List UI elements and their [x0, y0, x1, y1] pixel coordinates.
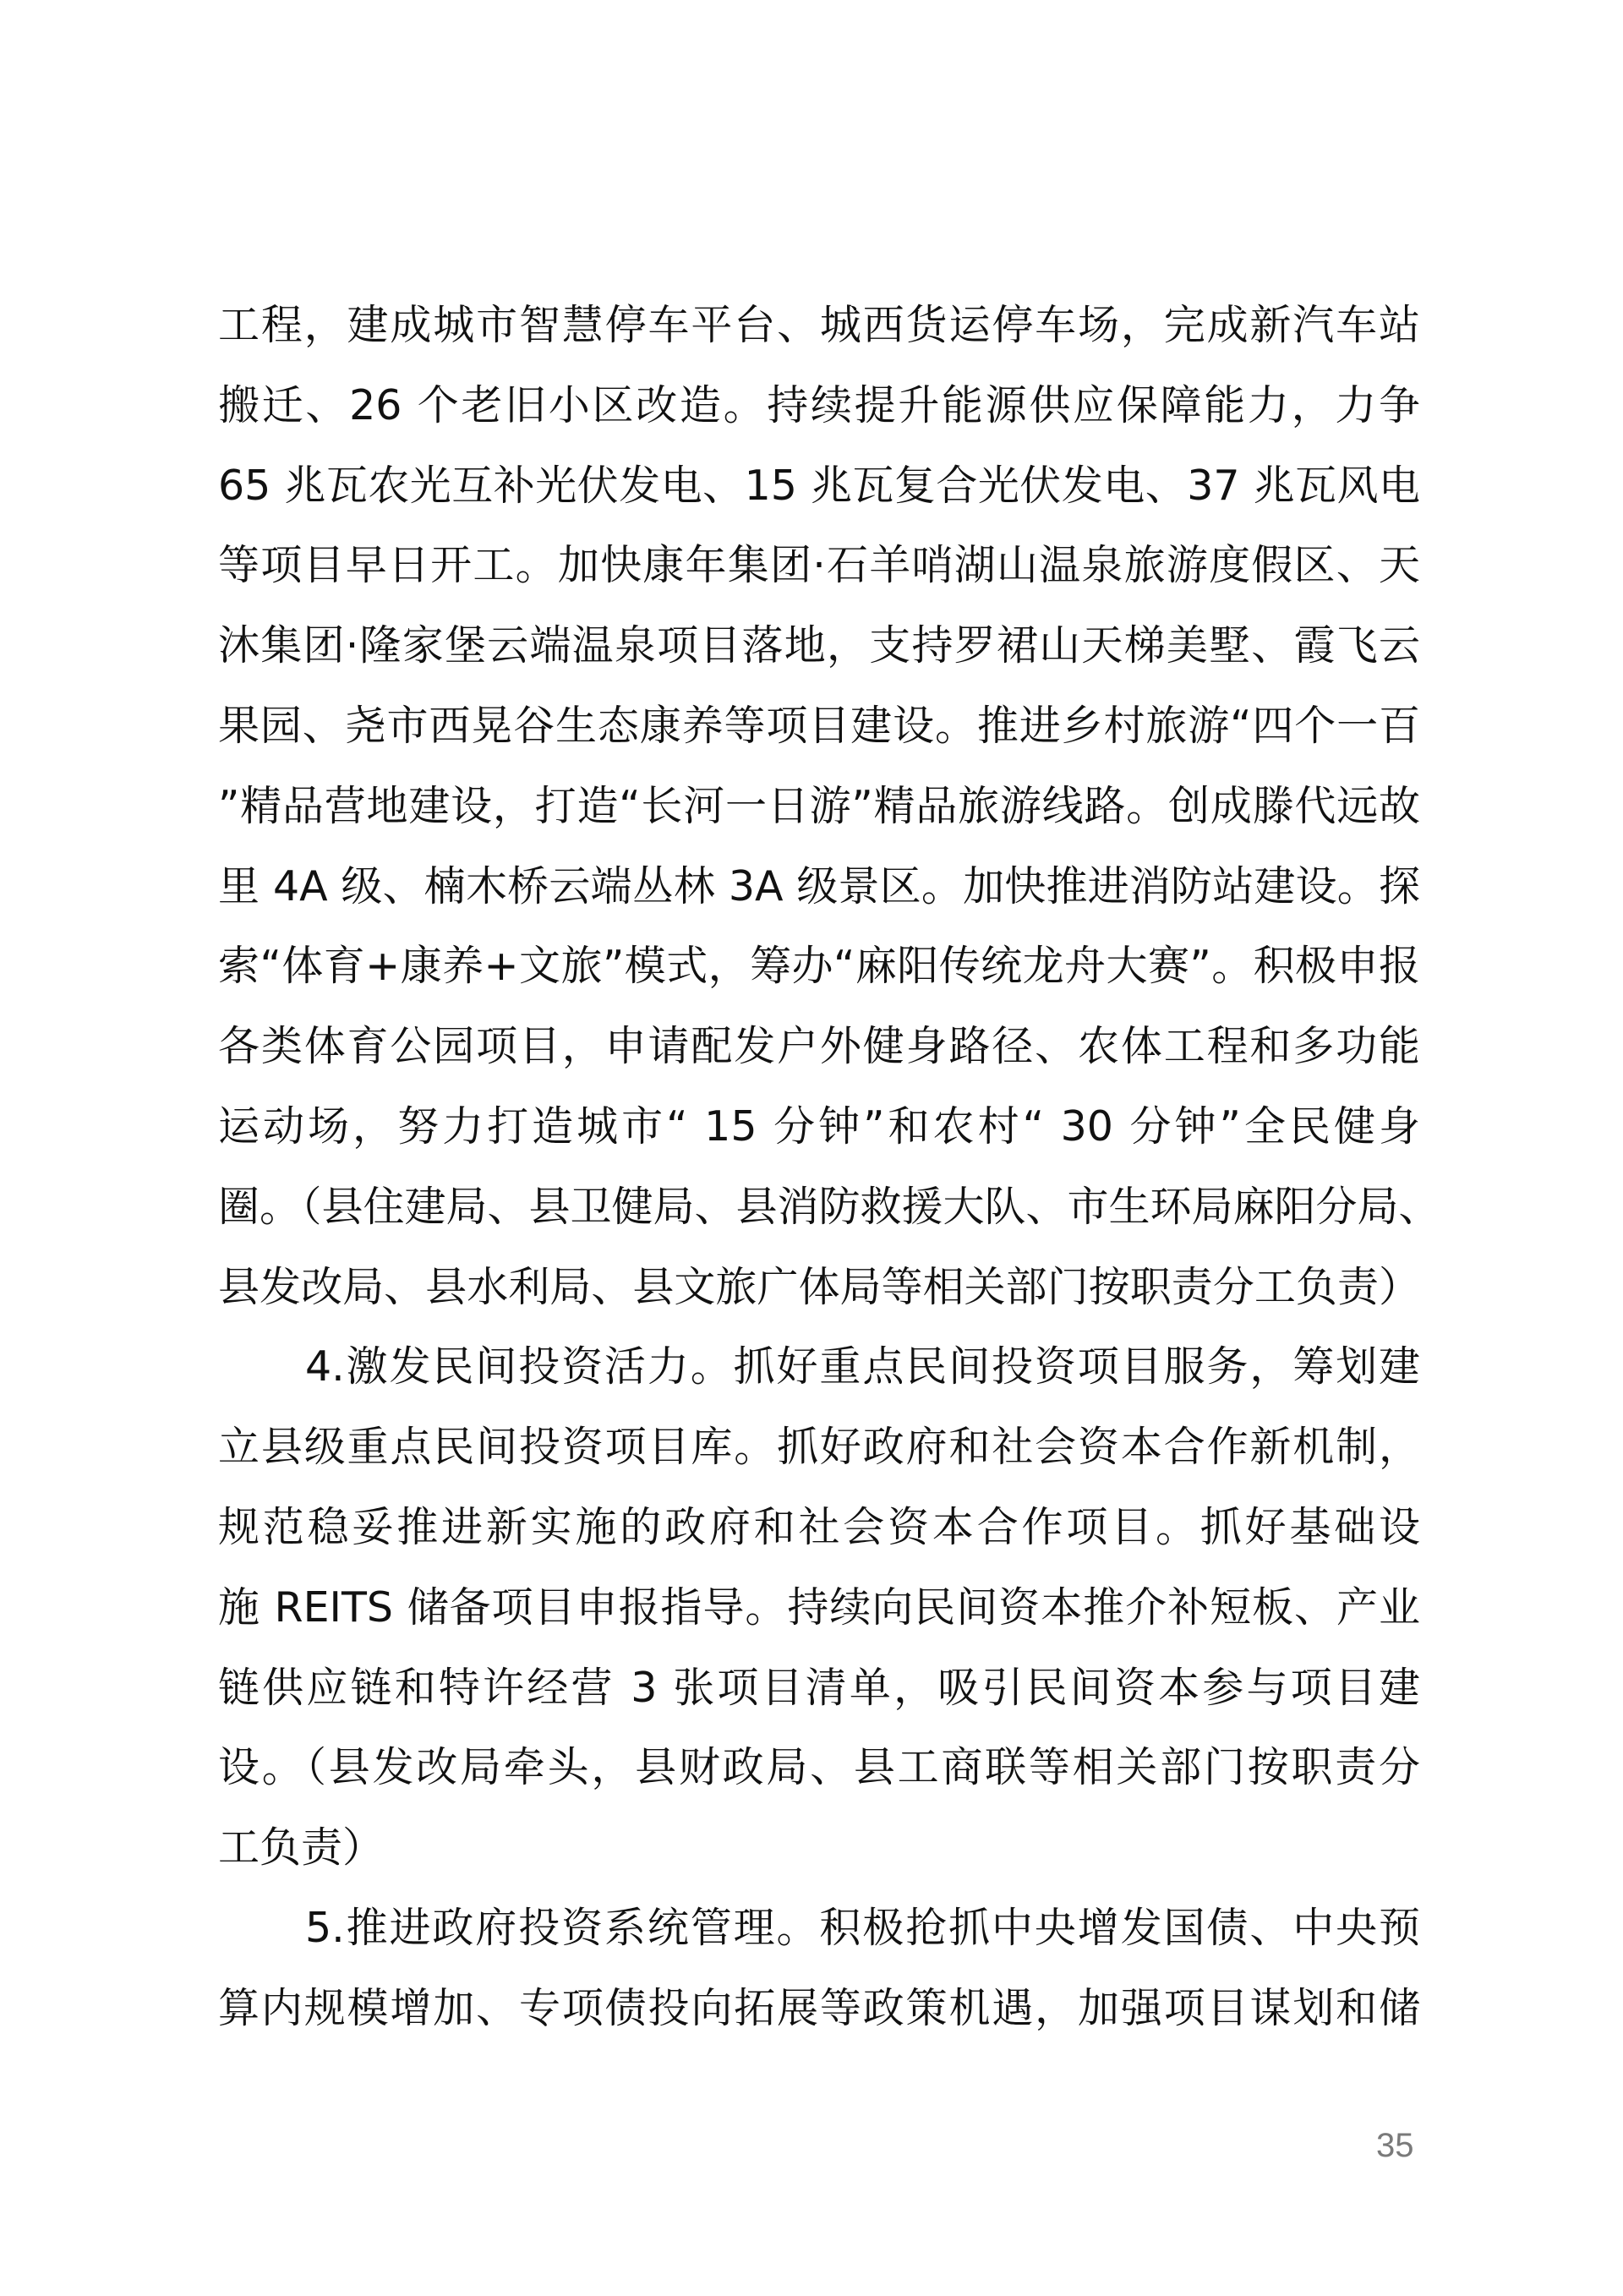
text-line: ”精品营地建设，打造“长河一日游”精品旅游线路。创成滕代远故 — [218, 773, 1420, 853]
text-line: 规范稳妥推进新实施的政府和社会资本合作项目。抓好基础设 — [218, 1494, 1420, 1574]
text-line: 里 4A 级、楠木桥云端丛林 3A 级景区。加快推进消防站建设。探 — [218, 853, 1420, 933]
text-line: 运动场，努力打造城市“ 15 分钟”和农村“ 30 分钟”全民健身 — [218, 1093, 1420, 1173]
paragraph-4-private-investment: 4.激发民间投资活力。抓好重点民间投资项目服务，筹划建 立县级重点民间投资项目库… — [218, 1333, 1420, 1894]
body-text: 工程，建成城市智慧停车平台、城西货运停车场，完成新汽车站 搬迁、26 个老旧小区… — [218, 292, 1420, 2055]
text-line: 各类体育公园项目，申请配发户外健身路径、农体工程和多功能 — [218, 1013, 1420, 1093]
text-line: 立县级重点民间投资项目库。抓好政府和社会资本合作新机制， — [218, 1413, 1420, 1494]
text-line: 县发改局、县水利局、县文旅广体局等相关部门按职责分工负责） — [218, 1254, 1420, 1334]
text-line: 工负责） — [218, 1814, 1420, 1894]
text-line: 果园、尧市西晃谷生态康养等项目建设。推进乡村旅游“四个一百 — [218, 692, 1420, 773]
paragraph-continuation: 工程，建成城市智慧停车平台、城西货运停车场，完成新汽车站 搬迁、26 个老旧小区… — [218, 292, 1420, 1333]
document-page: 工程，建成城市智慧停车平台、城西货运停车场，完成新汽车站 搬迁、26 个老旧小区… — [0, 0, 1623, 2296]
text-line: 链供应链和特许经营 3 张项目清单，吸引民间资本参与项目建 — [218, 1654, 1420, 1735]
text-line: 索“体育+康养+文旅”模式，筹办“麻阳传统龙舟大赛”。积极申报 — [218, 932, 1420, 1013]
text-line: 圈。（县住建局、县卫健局、县消防救援大队、市生环局麻阳分局、 — [218, 1173, 1420, 1254]
paragraph-heading-line: 4.激发民间投资活力。抓好重点民间投资项目服务，筹划建 — [218, 1333, 1420, 1413]
page-number: 35 — [1376, 2125, 1414, 2166]
text-line: 65 兆瓦农光互补光伏发电、15 兆瓦复合光伏发电、37 兆瓦风电 — [218, 452, 1420, 533]
text-line: 搬迁、26 个老旧小区改造。持续提升能源供应保障能力，力争 — [218, 372, 1420, 452]
text-line: 工程，建成城市智慧停车平台、城西货运停车场，完成新汽车站 — [218, 292, 1420, 372]
text-line: 施 REITS 储备项目申报指导。持续向民间资本推介补短板、产业 — [218, 1574, 1420, 1654]
text-line: 算内规模增加、专项债投向拓展等政策机遇，加强项目谋划和储 — [218, 1975, 1420, 2055]
text-line: 设。（县发改局牵头，县财政局、县工商联等相关部门按职责分 — [218, 1734, 1420, 1814]
text-line: 沐集团·隆家堡云端温泉项目落地，支持罗裙山天梯美墅、霞飞云 — [218, 612, 1420, 692]
paragraph-5-government-investment: 5.推进政府投资系统管理。积极抢抓中央增发国债、中央预 算内规模增加、专项债投向… — [218, 1894, 1420, 2055]
paragraph-heading-line: 5.推进政府投资系统管理。积极抢抓中央增发国债、中央预 — [218, 1894, 1420, 1975]
text-line: 等项目早日开工。加快康年集团·石羊哨湖山温泉旅游度假区、天 — [218, 532, 1420, 612]
